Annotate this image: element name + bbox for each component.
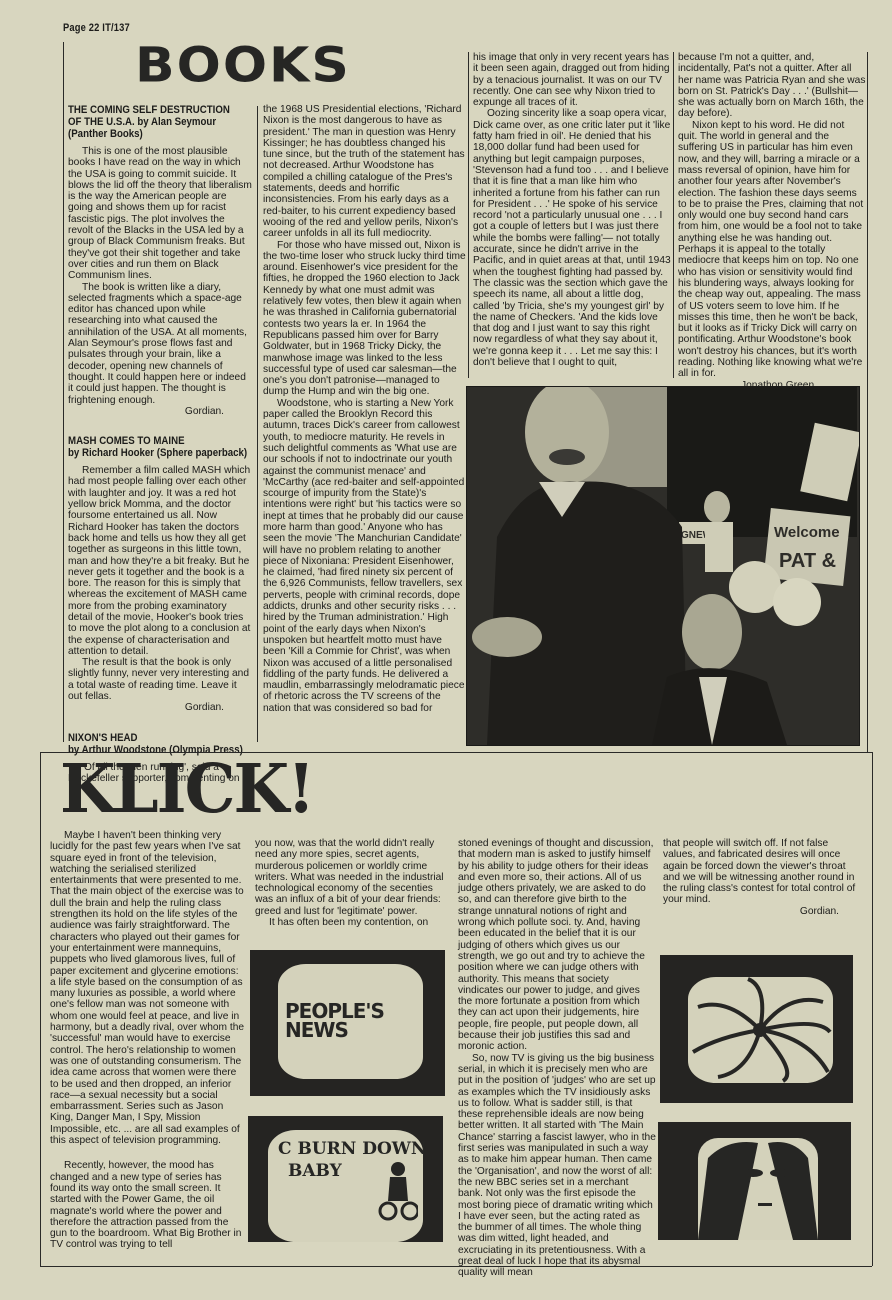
books-masthead: BOOKS [135,42,365,90]
tv-image-burn-down: C BURN DOWN BABY [248,1116,443,1242]
svg-text:PAT &: PAT & [779,550,836,572]
review-signature: Gordian. [68,702,252,713]
klick-column-3: stoned evenings of thought and discussio… [458,838,656,1279]
klick-column-4: that people will switch off. If not fals… [663,838,859,917]
tv-image-face [658,1122,851,1240]
column-rule [468,52,469,378]
article-signature: Gordian. [663,906,859,917]
tv-caption-line: C BURN DOWN [278,1138,426,1160]
review-paragraph: This is one of the most plausible books … [68,146,252,282]
review-paragraph: the 1968 US Presidential elections, 'Ric… [263,104,466,240]
review-signature: Gordian. [68,406,252,417]
article-paragraph: Maybe I haven't been thinking very lucid… [50,830,246,1146]
books-column-4: because I'm not a quitter, and, incident… [678,52,866,391]
tv-caption-line: NEWS [285,1021,384,1040]
review-2: MASH COMES TO MAINE by Richard Hooker (S… [68,435,252,714]
column-rule [257,106,258,742]
review-paragraph: The book is written like a diary, select… [68,282,252,406]
klick-column-2: you now, was that the world didn't reall… [255,838,451,928]
article-paragraph: Recently, however, the mood has changed … [50,1160,246,1250]
nixon-photo: Welcome PAT & GNEW [466,386,860,746]
books-column-1: THE COMING SELF DESTRUCTION OF THE U.S.A… [68,104,252,784]
photo-illustration: Welcome PAT & GNEW [467,387,859,745]
face-illustration [698,1138,818,1240]
review-1: THE COMING SELF DESTRUCTION OF THE U.S.A… [68,104,252,417]
review-paragraph: his image that only in very recent years… [473,52,671,108]
klick-masthead: KLICK! [60,756,313,823]
cyclist-silhouette [378,1161,418,1221]
spiral-pattern [688,977,833,1083]
books-column-3: his image that only in very recent years… [473,52,671,368]
review-title: THE COMING SELF DESTRUCTION OF THE U.S.A… [68,104,230,140]
article-paragraph: It has often been my contention, on [255,917,451,928]
column-rule [673,52,674,378]
review-title: MASH COMES TO MAINE by Richard Hooker (S… [68,435,230,459]
review-paragraph: Nixon kept to his word. He did not quit.… [678,120,866,380]
section-box-bottom [40,1266,872,1267]
page-folio: Page 22 IT/137 [63,22,130,34]
svg-text:Welcome: Welcome [774,524,840,541]
review-paragraph: because I'm not a quitter, and, incident… [678,52,866,120]
column-rule [867,52,868,752]
klick-column-1: Maybe I haven't been thinking very lucid… [50,830,246,1251]
section-box-left [40,752,41,1266]
column-rule [63,42,64,742]
article-paragraph: you now, was that the world didn't reall… [255,838,451,917]
tv-image-peoples-news: PEOPLE'S NEWS [250,950,445,1096]
article-paragraph: that people will switch off. If not fals… [663,838,859,906]
books-column-2: the 1968 US Presidential elections, 'Ric… [263,104,466,714]
review-paragraph: Oozing sincerity like a soap opera vicar… [473,108,671,368]
article-paragraph: So, now TV is giving us the big business… [458,1053,656,1279]
review-paragraph: For those who have missed out, Nixon is … [263,240,466,398]
section-box-right [872,752,873,1266]
tv-image-spiral [660,955,853,1103]
review-paragraph: Remember a film called MASH which had mo… [68,465,252,657]
article-paragraph: stoned evenings of thought and discussio… [458,838,656,1053]
review-paragraph: Woodstone, who is starting a New York pa… [263,398,466,714]
review-paragraph: The result is that the book is only slig… [68,657,252,702]
